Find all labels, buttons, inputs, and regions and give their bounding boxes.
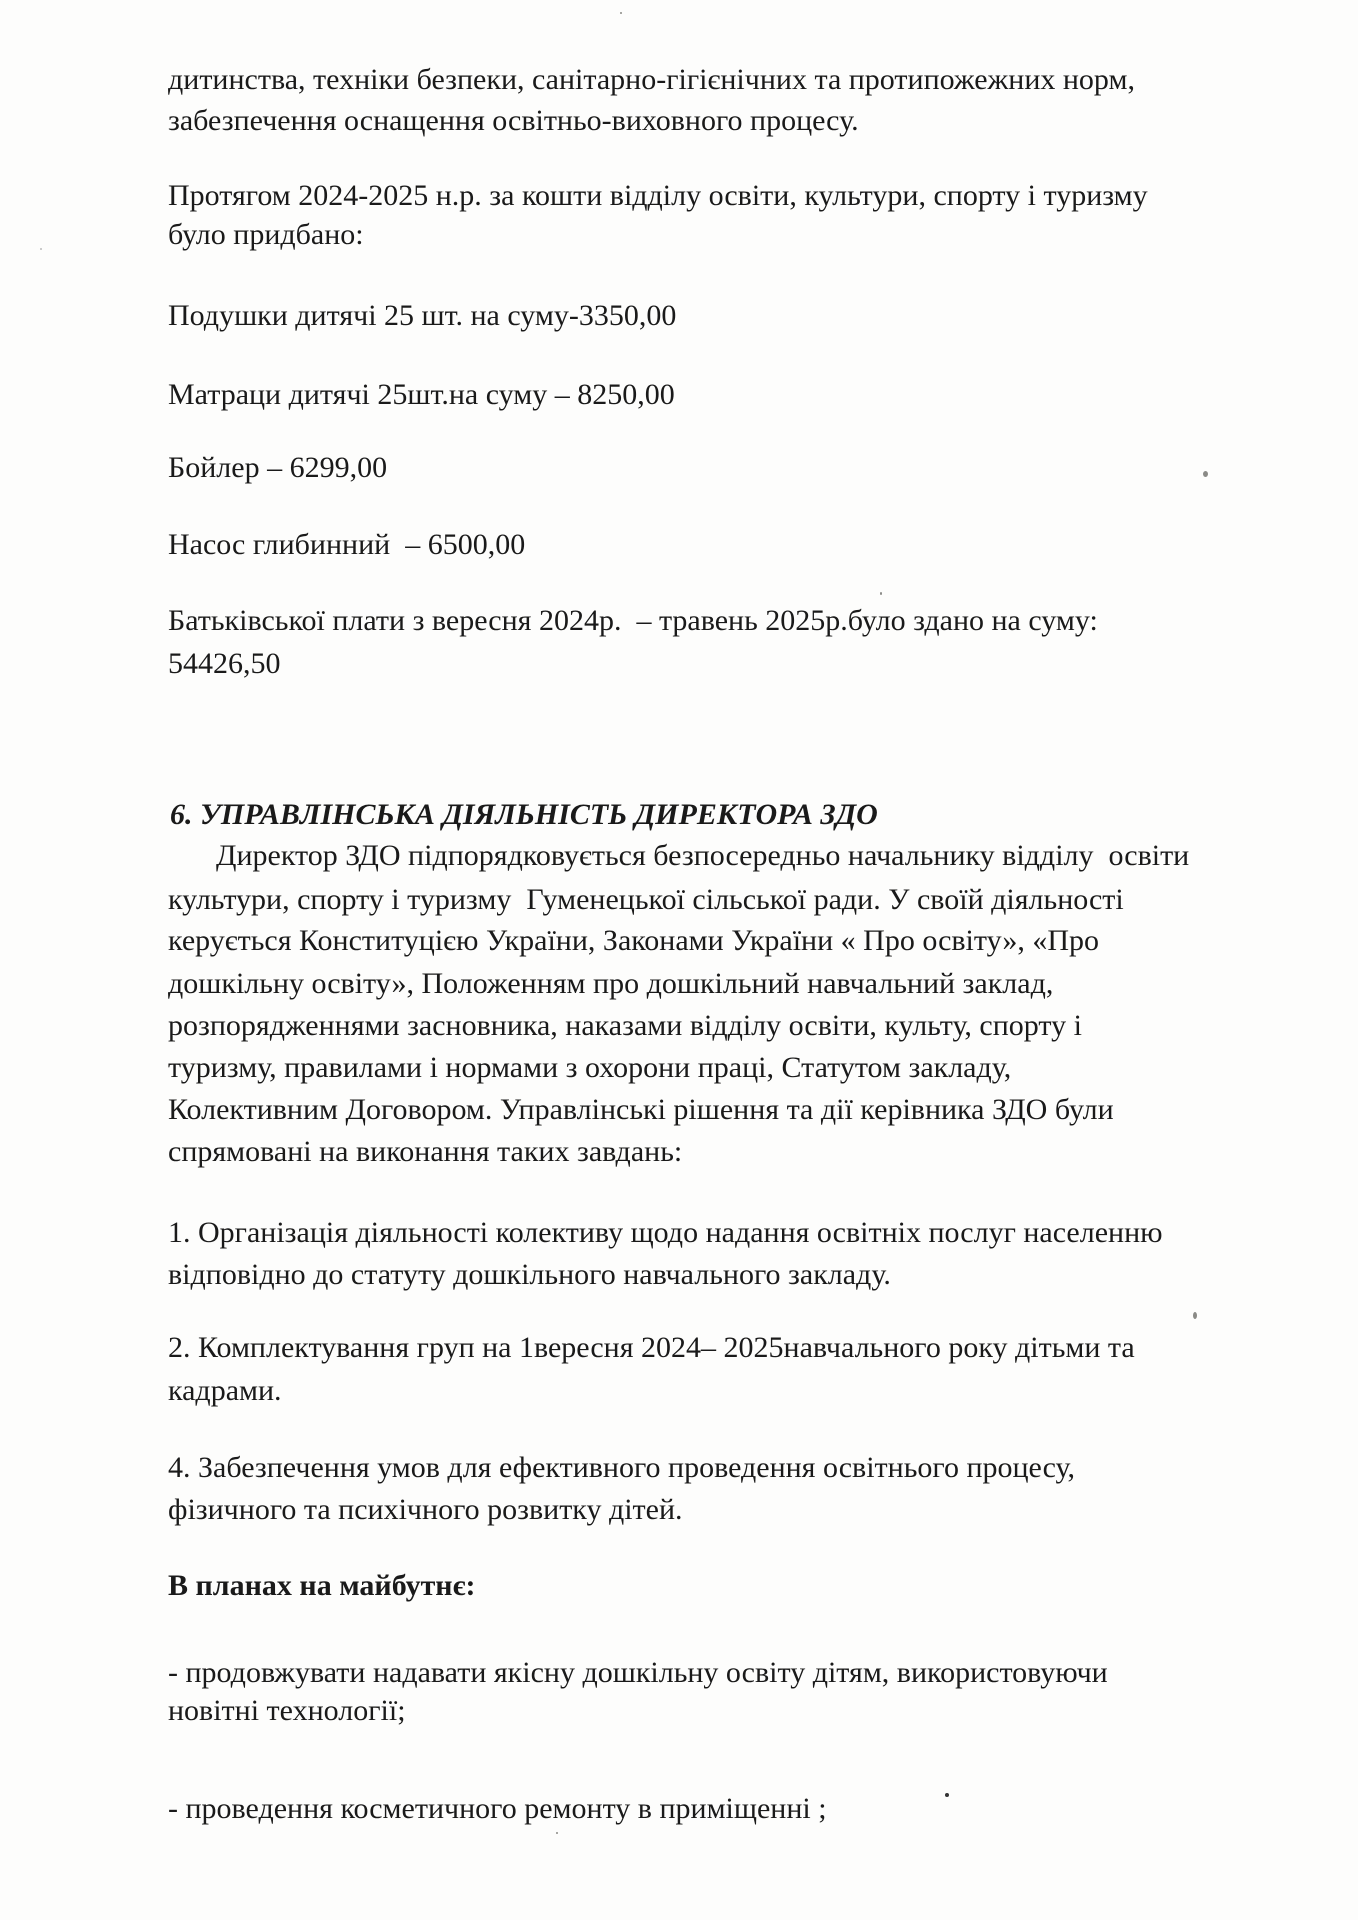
parent-fee-amount: 54426,50 <box>168 649 281 679</box>
plan-item-1-line-2: новітні технології; <box>168 1696 406 1726</box>
scan-speck <box>945 1793 949 1797</box>
section-6-paragraph-line: туризму, правилами і нормами з охорони п… <box>168 1053 1011 1083</box>
section-6-paragraph-line: спрямовані на виконання таких завдань: <box>168 1137 682 1167</box>
plan-item-2-line-1: - проведення косметичного ремонту в прим… <box>168 1794 827 1824</box>
purchases-lead-line-2: було придбано: <box>168 220 364 250</box>
section-6-paragraph-line: керується Конституцією України, Законами… <box>168 926 1099 956</box>
purchase-item-pillows: Подушки дитячі 25 шт. на суму-3350,00 <box>168 301 676 331</box>
scan-speck <box>880 592 882 595</box>
task-1-line-2: відповідно до статуту дошкільного навчал… <box>168 1260 891 1290</box>
section-6-paragraph-line: культури, спорту і туризму Гуменецької с… <box>168 885 1124 915</box>
scan-speck <box>1193 1312 1197 1319</box>
task-2-line-1: 2. Комплектування груп на 1вересня 2024–… <box>168 1333 1135 1363</box>
task-2-line-2: кадрами. <box>168 1376 282 1406</box>
task-4-line-2: фізичного та психічного розвитку дітей. <box>168 1495 683 1525</box>
purchase-item-pump: Насос глибинний – 6500,00 <box>168 530 525 560</box>
scan-speck <box>1203 471 1208 477</box>
task-4-line-1: 4. Забезпечення умов для ефективного про… <box>168 1453 1075 1483</box>
purchase-item-boiler: Бойлер – 6299,00 <box>168 453 387 483</box>
plans-heading: В планах на майбутнє: <box>168 1571 476 1601</box>
parent-fee-line-1: Батьківської плати з вересня 2024р. – тр… <box>168 606 1098 636</box>
scan-speck <box>556 1832 558 1834</box>
section-6-paragraph-line: Колективним Договором. Управлінські ріше… <box>168 1095 1114 1125</box>
task-1-line-1: 1. Організація діяльності колективу щодо… <box>168 1218 1163 1248</box>
purchase-item-mattresses: Матраци дитячі 25шт.на суму – 8250,00 <box>168 380 675 410</box>
scan-speck <box>40 248 42 250</box>
section-6-paragraph-line: розпорядженнями засновника, наказами від… <box>168 1011 1082 1041</box>
plan-item-1-line-1: - продовжувати надавати якісну дошкільну… <box>168 1658 1108 1688</box>
scan-speck <box>620 12 622 14</box>
section-6-paragraph-line: дошкільну освіту», Положенням про дошкіл… <box>168 969 1053 999</box>
section-6-paragraph-line: Директор ЗДО підпорядковується безпосере… <box>216 841 1189 871</box>
intro-line-2: забезпечення оснащення освітньо-виховног… <box>168 106 859 136</box>
section-6-heading: 6. УПРАВЛІНСЬКА ДІЯЛЬНІСТЬ ДИРЕКТОРА ЗДО <box>170 800 878 830</box>
purchases-lead-line-1: Протягом 2024-2025 н.р. за кошти відділу… <box>168 181 1148 211</box>
intro-line-1: дитинства, техніки безпеки, санітарно-гі… <box>168 65 1135 95</box>
